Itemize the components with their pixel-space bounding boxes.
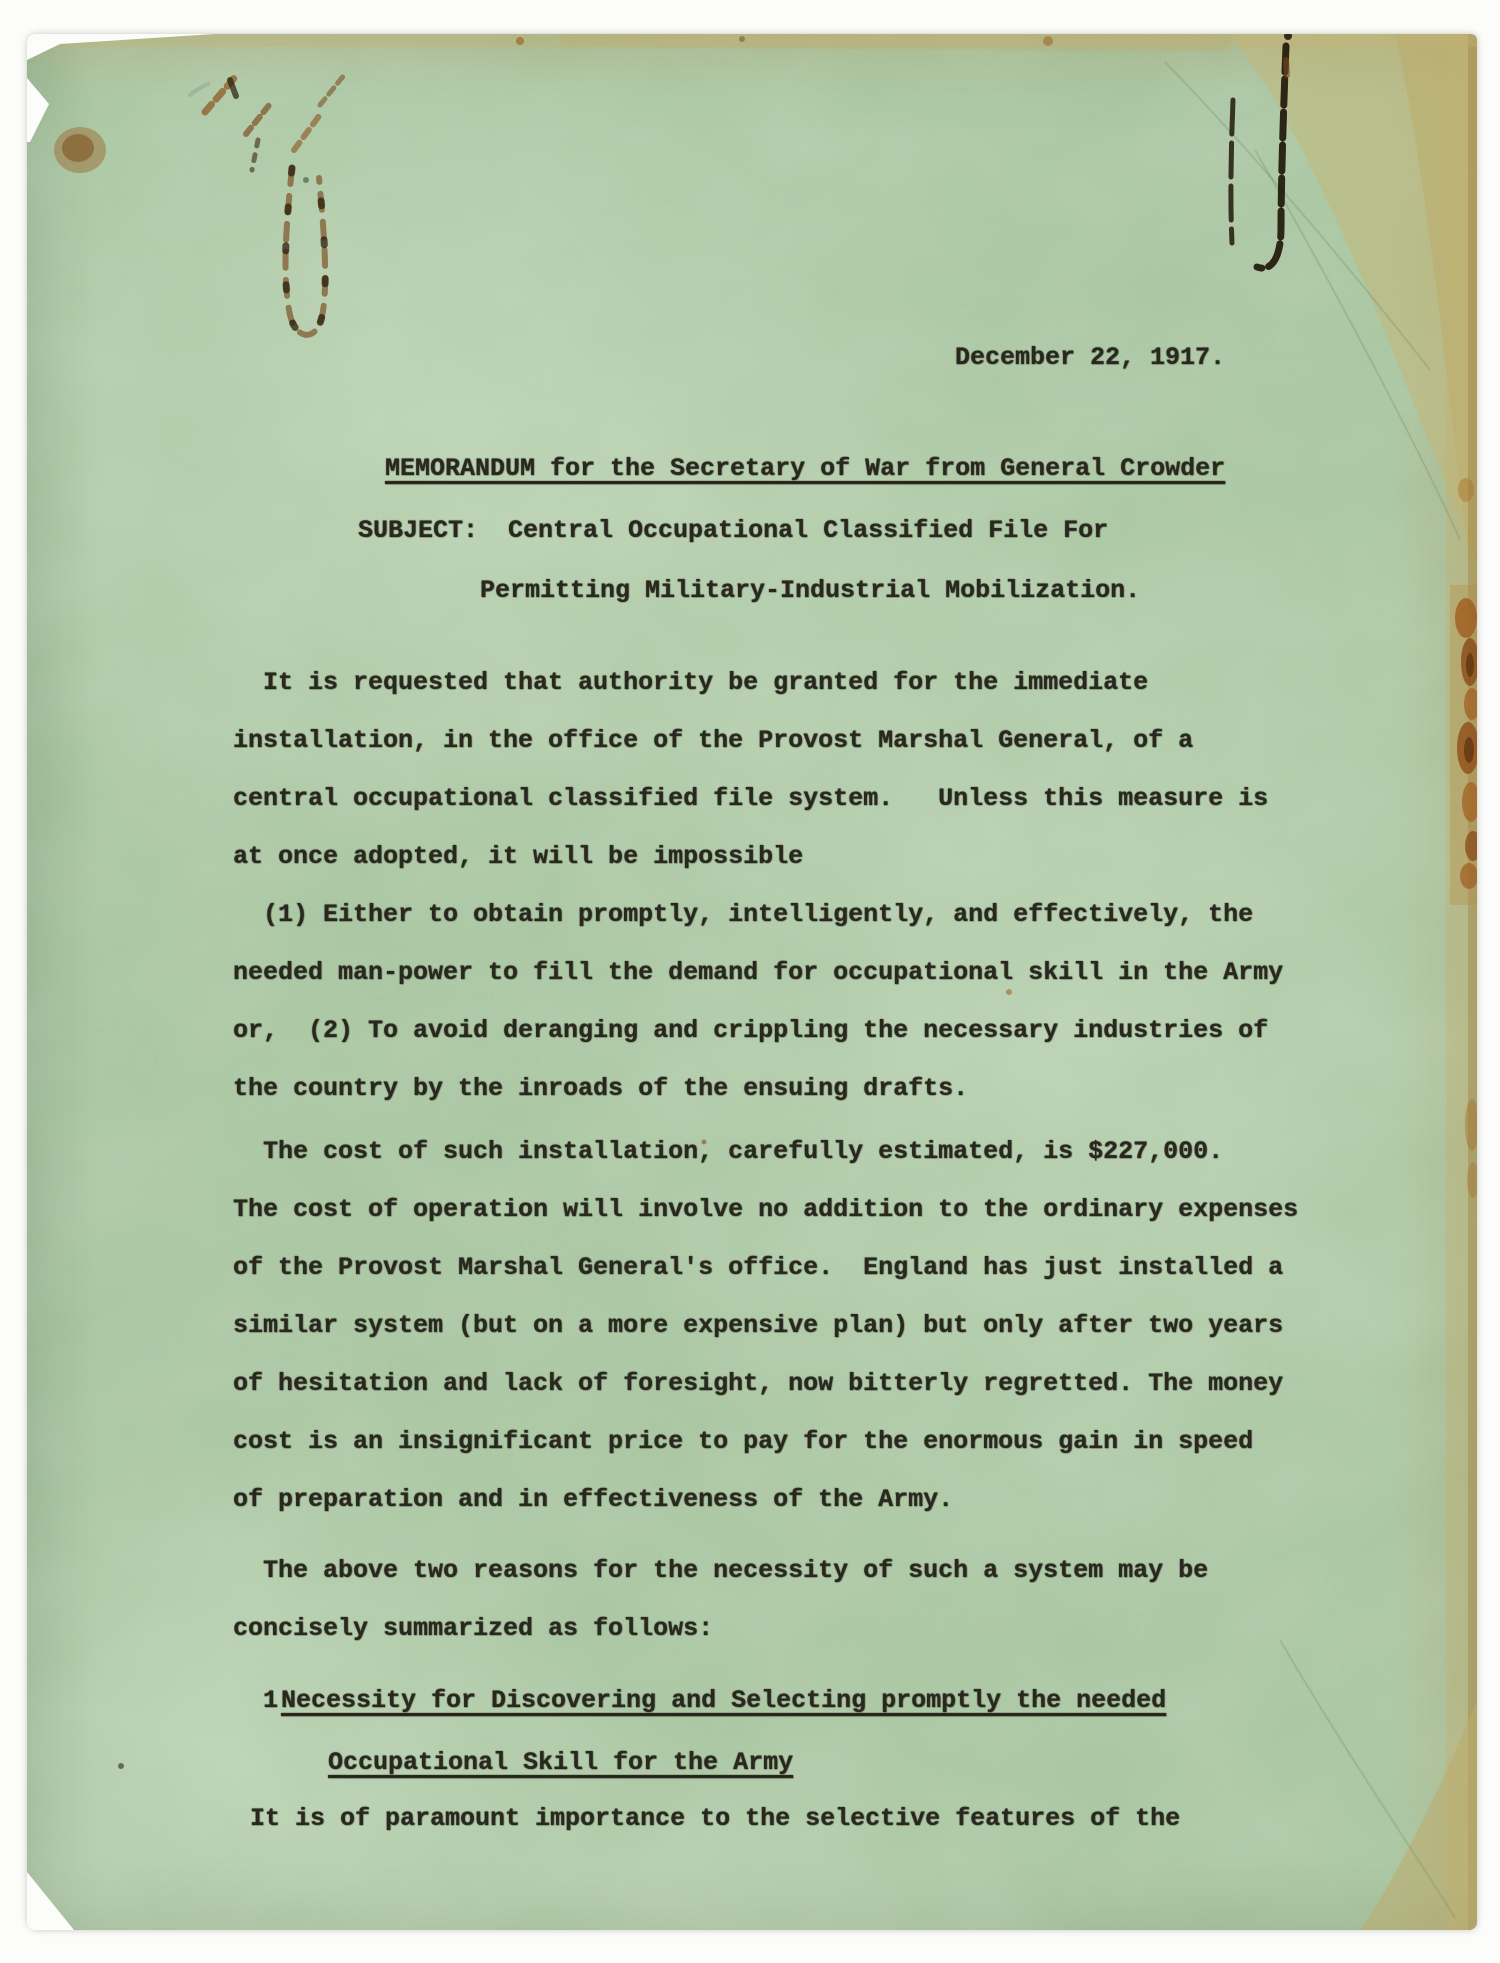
scan-background: December 22, 1917. MEMORANDUM for the Se… [0,0,1500,1963]
memo-paragraph-1: It is requested that authority be grante… [233,654,1268,886]
memo-paragraph-2: (1) Either to obtain promptly, intellige… [233,886,1283,1118]
memo-subject-line2: Permitting Military-Industrial Mobilizat… [480,562,1140,620]
memo-date: December 22, 1917. [955,329,1225,387]
memo-paragraph-4: The above two reasons for the necessity … [233,1542,1208,1658]
list-item-number: 1 [263,1672,278,1730]
memo-paragraph-3: The cost of such installation, carefully… [233,1123,1298,1529]
memo-closing-line: It is of paramount importance to the sel… [250,1790,1180,1848]
list-item-heading-line1: Necessity for Discovering and Selecting … [281,1672,1166,1730]
list-item-heading-line2: Occupational Skill for the Army [328,1734,793,1792]
memo-title: MEMORANDUM for the Secretary of War from… [385,440,1225,498]
memo-subject-line1: SUBJECT: Central Occupational Classified… [358,502,1108,560]
